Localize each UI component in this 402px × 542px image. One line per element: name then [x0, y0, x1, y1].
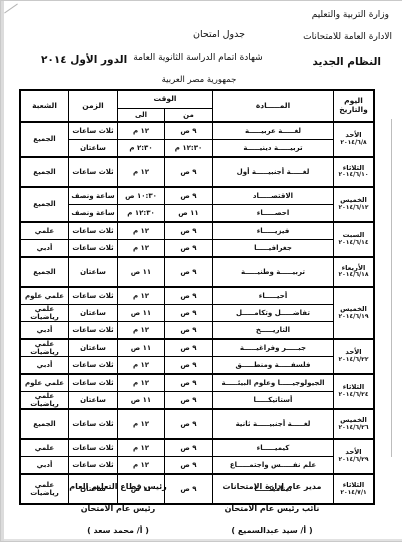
time-from-cell: ١٢:٣٠ م — [163, 140, 211, 158]
time-to-cell: ١٢ م — [116, 122, 163, 140]
time-from-cell: ٩ ص — [163, 374, 211, 392]
day-cell: الأحد٢٠١٤/٦/٨ — [332, 122, 373, 157]
time-from-cell: ٩ ص — [163, 187, 211, 205]
date-label: ٢٠١٤/٦/٨ — [333, 140, 370, 147]
system-label: النظام الجديد — [310, 56, 379, 68]
date-label: ٢٠١٤/٦/٢٦ — [333, 425, 370, 432]
branch-cell: أدبي — [18, 457, 67, 475]
header-time: الوقت — [116, 90, 211, 109]
signature-left-line1: رئيس قطاع التعليم العام — [45, 482, 187, 491]
time-to-cell: ١١ ص — [116, 392, 163, 410]
branch-cell: علمي رياضيات — [18, 392, 67, 410]
header-duration: الزمن — [67, 90, 116, 122]
schedule-row: الأحد٢٠١٤/٦/٢٩كيميـــــاء٩ ص١٢ مثلاث ساع… — [18, 439, 372, 457]
scan-fold-mark — [2, 4, 16, 14]
subject-cell: علم نفـــــس واجتمـــــاع — [211, 457, 332, 475]
date-label: ٢٠١٤/٦/١٤ — [333, 240, 370, 247]
header-subject: المـــــادة — [211, 90, 332, 122]
time-from-cell: ٩ ص — [163, 357, 211, 375]
date-label: ٢٠١٤/٦/٢٤ — [333, 392, 370, 399]
schedule-title: جدول امتحان — [157, 29, 277, 40]
branch-cell: أدبي — [18, 322, 67, 340]
time-from-cell: ٩ ص — [163, 287, 211, 305]
time-to-cell: ١١ ص — [116, 339, 163, 357]
signature-right-line1: مدير عام إدارة الامتحانات — [195, 482, 345, 491]
time-from-cell: ٩ ص — [163, 392, 211, 410]
branch-cell: الجميع — [18, 157, 67, 187]
time-to-cell: ١٢ م — [116, 322, 163, 340]
subject-cell: لغـــــة عربيـــــة — [211, 122, 332, 140]
duration-cell: ساعة ونصف — [67, 187, 116, 205]
table-header: اليوم والتاريخ المـــــادة الوقت الزمن ا… — [18, 90, 372, 122]
signature-left-line2: رئيس عام الامتحان — [45, 504, 187, 513]
day-cell: الثلاثاء٢٠١٤/٦/١٠ — [332, 157, 373, 187]
day-cell: الخميس٢٠١٤/٦/١٢ — [332, 187, 373, 222]
duration-cell: ثلاث ساعات — [67, 374, 116, 392]
duration-cell: ساعتان — [67, 305, 116, 322]
time-from-cell: ٩ ص — [163, 222, 211, 240]
subject-cell: كيميـــــاء — [211, 439, 332, 457]
schedule-row: احصـــــاء١١ ص١٢:٣٠ مساعة ونصف — [18, 205, 372, 223]
schedule-row: علم نفـــــس واجتمـــــاع٩ ص١٢ مثلاث ساع… — [18, 457, 372, 475]
time-from-cell: ٩ ص — [163, 257, 211, 287]
time-to-cell: ١٢ م — [116, 409, 163, 439]
duration-cell: ثلاث ساعات — [67, 457, 116, 475]
subject-cell: فلسفـــــة ومنطـــــق — [211, 357, 332, 375]
time-to-cell: ١٢:٣٠ م — [116, 205, 163, 223]
time-to-cell: ١٢ م — [116, 157, 163, 187]
time-to-cell: ١٢ م — [116, 240, 163, 258]
time-from-cell: ٩ ص — [163, 240, 211, 258]
time-to-cell: ١٢ م — [116, 457, 163, 475]
duration-cell: ساعتان — [67, 140, 116, 158]
subject-cell: فيزيـــــاء — [211, 222, 332, 240]
date-label: ٢٠١٤/٦/٢٢ — [333, 357, 370, 364]
signature-block-right: مدير عام إدارة الامتحانات نائب رئيس عام … — [195, 482, 345, 542]
signature-right-name: ( أ/ سيد عبدالسميع ) — [195, 526, 345, 535]
header-branch: الشعبة — [18, 90, 67, 122]
exam-schedule-table: اليوم والتاريخ المـــــادة الوقت الزمن ا… — [17, 89, 373, 505]
header-day-date: اليوم والتاريخ — [332, 90, 373, 122]
time-from-cell: ٩ ص — [163, 122, 211, 140]
branch-cell: علمي — [18, 222, 67, 240]
scanned-document-page: وزارة التربية والتعليم الادارة العامة لل… — [0, 0, 402, 542]
time-from-cell: ٩ ص — [163, 339, 211, 357]
time-to-cell: ١٠:٣٠ ص — [116, 187, 163, 205]
header-time-to: الى — [116, 109, 163, 123]
schedule-row: تربيـــــة دينيـــــة١٢:٣٠ م٢:٣٠ مساعتان — [18, 140, 372, 158]
duration-cell: ثلاث ساعات — [67, 287, 116, 305]
day-cell: الأحد٢٠١٤/٦/٢٩ — [332, 439, 373, 474]
signature-right-line2: نائب رئيس عام الامتحان — [195, 504, 345, 513]
schedule-row: أستاتيكـــــا٩ ص١١ صساعتانعلمي رياضيات — [18, 392, 372, 410]
subject-cell: لغـــــة أجنبيـــــة ثانية — [211, 409, 332, 439]
schedule-row: السبت٢٠١٤/٦/١٤فيزيـــــاء٩ ص١٢ مثلاث ساع… — [18, 222, 372, 240]
subject-cell: التاريـــــخ — [211, 322, 332, 340]
signature-left-name: ( أ/ محمد سعد ) — [45, 526, 187, 535]
branch-cell: الجميع — [18, 257, 67, 287]
date-label: ٢٠١٤/٦/١٢ — [333, 205, 370, 212]
schedule-row: فلسفـــــة ومنطـــــق٩ ص١٢ مثلاث ساعاتأد… — [18, 357, 372, 375]
day-cell: السبت٢٠١٤/٦/١٤ — [332, 222, 373, 257]
subject-cell: الاقتصـــــاد — [211, 187, 332, 205]
time-to-cell: ١٢ م — [116, 287, 163, 305]
time-from-cell: ٩ ص — [163, 409, 211, 439]
branch-cell: علمي علوم — [18, 374, 67, 392]
duration-cell: ثلاث ساعات — [67, 240, 116, 258]
subject-cell: أستاتيكـــــا — [211, 392, 332, 410]
time-from-cell: ٩ ص — [163, 322, 211, 340]
branch-cell: أدبي — [18, 240, 67, 258]
branch-cell: الجميع — [18, 187, 67, 222]
subject-cell: جغرافيـــــا — [211, 240, 332, 258]
day-cell: الخميس٢٠١٤/٦/١٩ — [332, 287, 373, 339]
time-from-cell: ٩ ص — [163, 439, 211, 457]
administration-title: الادارة العامة للامتحانات — [301, 32, 390, 42]
schedule-row: الخميس٢٠١٤/٦/٢٦لغـــــة أجنبيـــــة ثاني… — [18, 409, 372, 439]
scan-edge-line — [389, 119, 390, 457]
time-to-cell: ١١ ص — [116, 257, 163, 287]
time-to-cell: ١٢ م — [116, 374, 163, 392]
day-cell: الخميس٢٠١٤/٦/٢٦ — [332, 409, 373, 439]
day-cell: الأحد٢٠١٤/٦/٢٢ — [332, 339, 373, 374]
schedule-row: الخميس٢٠١٤/٦/١٢الاقتصـــــاد٩ ص١٠:٣٠ صسا… — [18, 187, 372, 205]
time-from-cell: ٩ ص — [163, 305, 211, 322]
schedule-row: الأحد٢٠١٤/٦/٢٢جبـــــر وفراغيـــــة٩ ص١١… — [18, 339, 372, 357]
subject-cell: تربيـــــة دينيـــــة — [211, 140, 332, 158]
branch-cell: أدبي — [18, 357, 67, 375]
time-to-cell: ١٢ م — [116, 439, 163, 457]
time-from-cell: ٩ ص — [163, 157, 211, 187]
ministry-title: وزارة التربية والتعليم — [310, 10, 387, 20]
subject-cell: جبـــــر وفراغيـــــة — [211, 339, 332, 357]
schedule-row: الثلاثاء٢٠١٤/٦/٢٤الجيولوجيـــــا وعلوم ا… — [18, 374, 372, 392]
schedule-row: جغرافيـــــا٩ ص١٢ مثلاث ساعاتأدبي — [18, 240, 372, 258]
schedule-row: الخميس٢٠١٤/٦/١٩أحيـــــاء٩ ص١٢ مثلاث ساع… — [18, 287, 372, 305]
subject-cell: احصـــــاء — [211, 205, 332, 223]
subject-cell: أحيـــــاء — [211, 287, 332, 305]
branch-cell: علمي رياضيات — [18, 305, 67, 322]
duration-cell: ثلاث ساعات — [67, 222, 116, 240]
date-label: ٢٠١٤/٦/١٠ — [333, 172, 370, 179]
branch-cell: علمي — [18, 439, 67, 457]
time-to-cell: ١٢ م — [116, 357, 163, 375]
duration-cell: ساعة ونصف — [67, 205, 116, 223]
branch-cell: علمي رياضيات — [18, 339, 67, 357]
header-time-from: من — [163, 109, 211, 123]
duration-cell: ثلاث ساعات — [67, 439, 116, 457]
subject-cell: الجيولوجيـــــا وعلوم البيئـــــة — [211, 374, 332, 392]
branch-cell: الجميع — [18, 409, 67, 439]
subject-cell: لغـــــة أجنبيـــــة أول — [211, 157, 332, 187]
time-from-cell: ٩ ص — [163, 457, 211, 475]
signature-block-left: رئيس قطاع التعليم العام رئيس عام الامتحا… — [45, 482, 187, 542]
day-cell: الثلاثاء٢٠١٤/٦/٢٤ — [332, 374, 373, 409]
time-to-cell: ١٢ م — [116, 222, 163, 240]
schedule-row: تفاضـــــل وتكامـــــل٩ ص١١ صساعتانعلمي … — [18, 305, 372, 322]
exam-schedule-table-wrap: اليوم والتاريخ المـــــادة الوقت الزمن ا… — [17, 89, 373, 505]
schedule-row: التاريـــــخ٩ ص١٢ مثلاث ساعاتأدبي — [18, 322, 372, 340]
time-from-cell: ١١ ص — [163, 205, 211, 223]
schedule-row: الأحد٢٠١٤/٦/٨لغـــــة عربيـــــة٩ ص١٢ مث… — [18, 122, 372, 140]
schedule-row: الثلاثاء٢٠١٤/٦/١٠لغـــــة أجنبيـــــة أو… — [18, 157, 372, 187]
duration-cell: ساعتان — [67, 392, 116, 410]
table-body: الأحد٢٠١٤/٦/٨لغـــــة عربيـــــة٩ ص١٢ مث… — [18, 122, 372, 504]
duration-cell: ثلاث ساعات — [67, 322, 116, 340]
branch-cell: الجميع — [18, 122, 67, 157]
duration-cell: ثلاث ساعات — [67, 409, 116, 439]
subject-cell: تفاضـــــل وتكامـــــل — [211, 305, 332, 322]
date-label: ٢٠١٤/٦/٢٩ — [333, 457, 370, 464]
date-label: ٢٠١٤/٦/١٩ — [333, 314, 370, 321]
schedule-row: الأربعاء٢٠١٤/٦/١٨تربيـــــة وطنيـــــة٩ … — [18, 257, 372, 287]
duration-cell: ثلاث ساعات — [67, 357, 116, 375]
time-to-cell: ٢:٣٠ م — [116, 140, 163, 158]
duration-cell: ساعتان — [67, 257, 116, 287]
subject-cell: تربيـــــة وطنيـــــة — [211, 257, 332, 287]
exam-round: الدور الأول ٢٠١٤ — [39, 54, 125, 66]
duration-cell: ثلاث ساعات — [67, 122, 116, 140]
day-cell: الأربعاء٢٠١٤/٦/١٨ — [332, 257, 373, 287]
date-label: ٢٠١٤/٦/١٨ — [333, 272, 370, 279]
duration-cell: ساعتان — [67, 339, 116, 357]
duration-cell: ثلاث ساعات — [67, 157, 116, 187]
time-to-cell: ١١ ص — [116, 305, 163, 322]
branch-cell: علمي علوم — [18, 287, 67, 305]
certificate-title: شهادة اتمام الدراسة الثانوية العامة — [103, 53, 289, 63]
country-title: جمهورية مصر العربية — [117, 75, 277, 85]
